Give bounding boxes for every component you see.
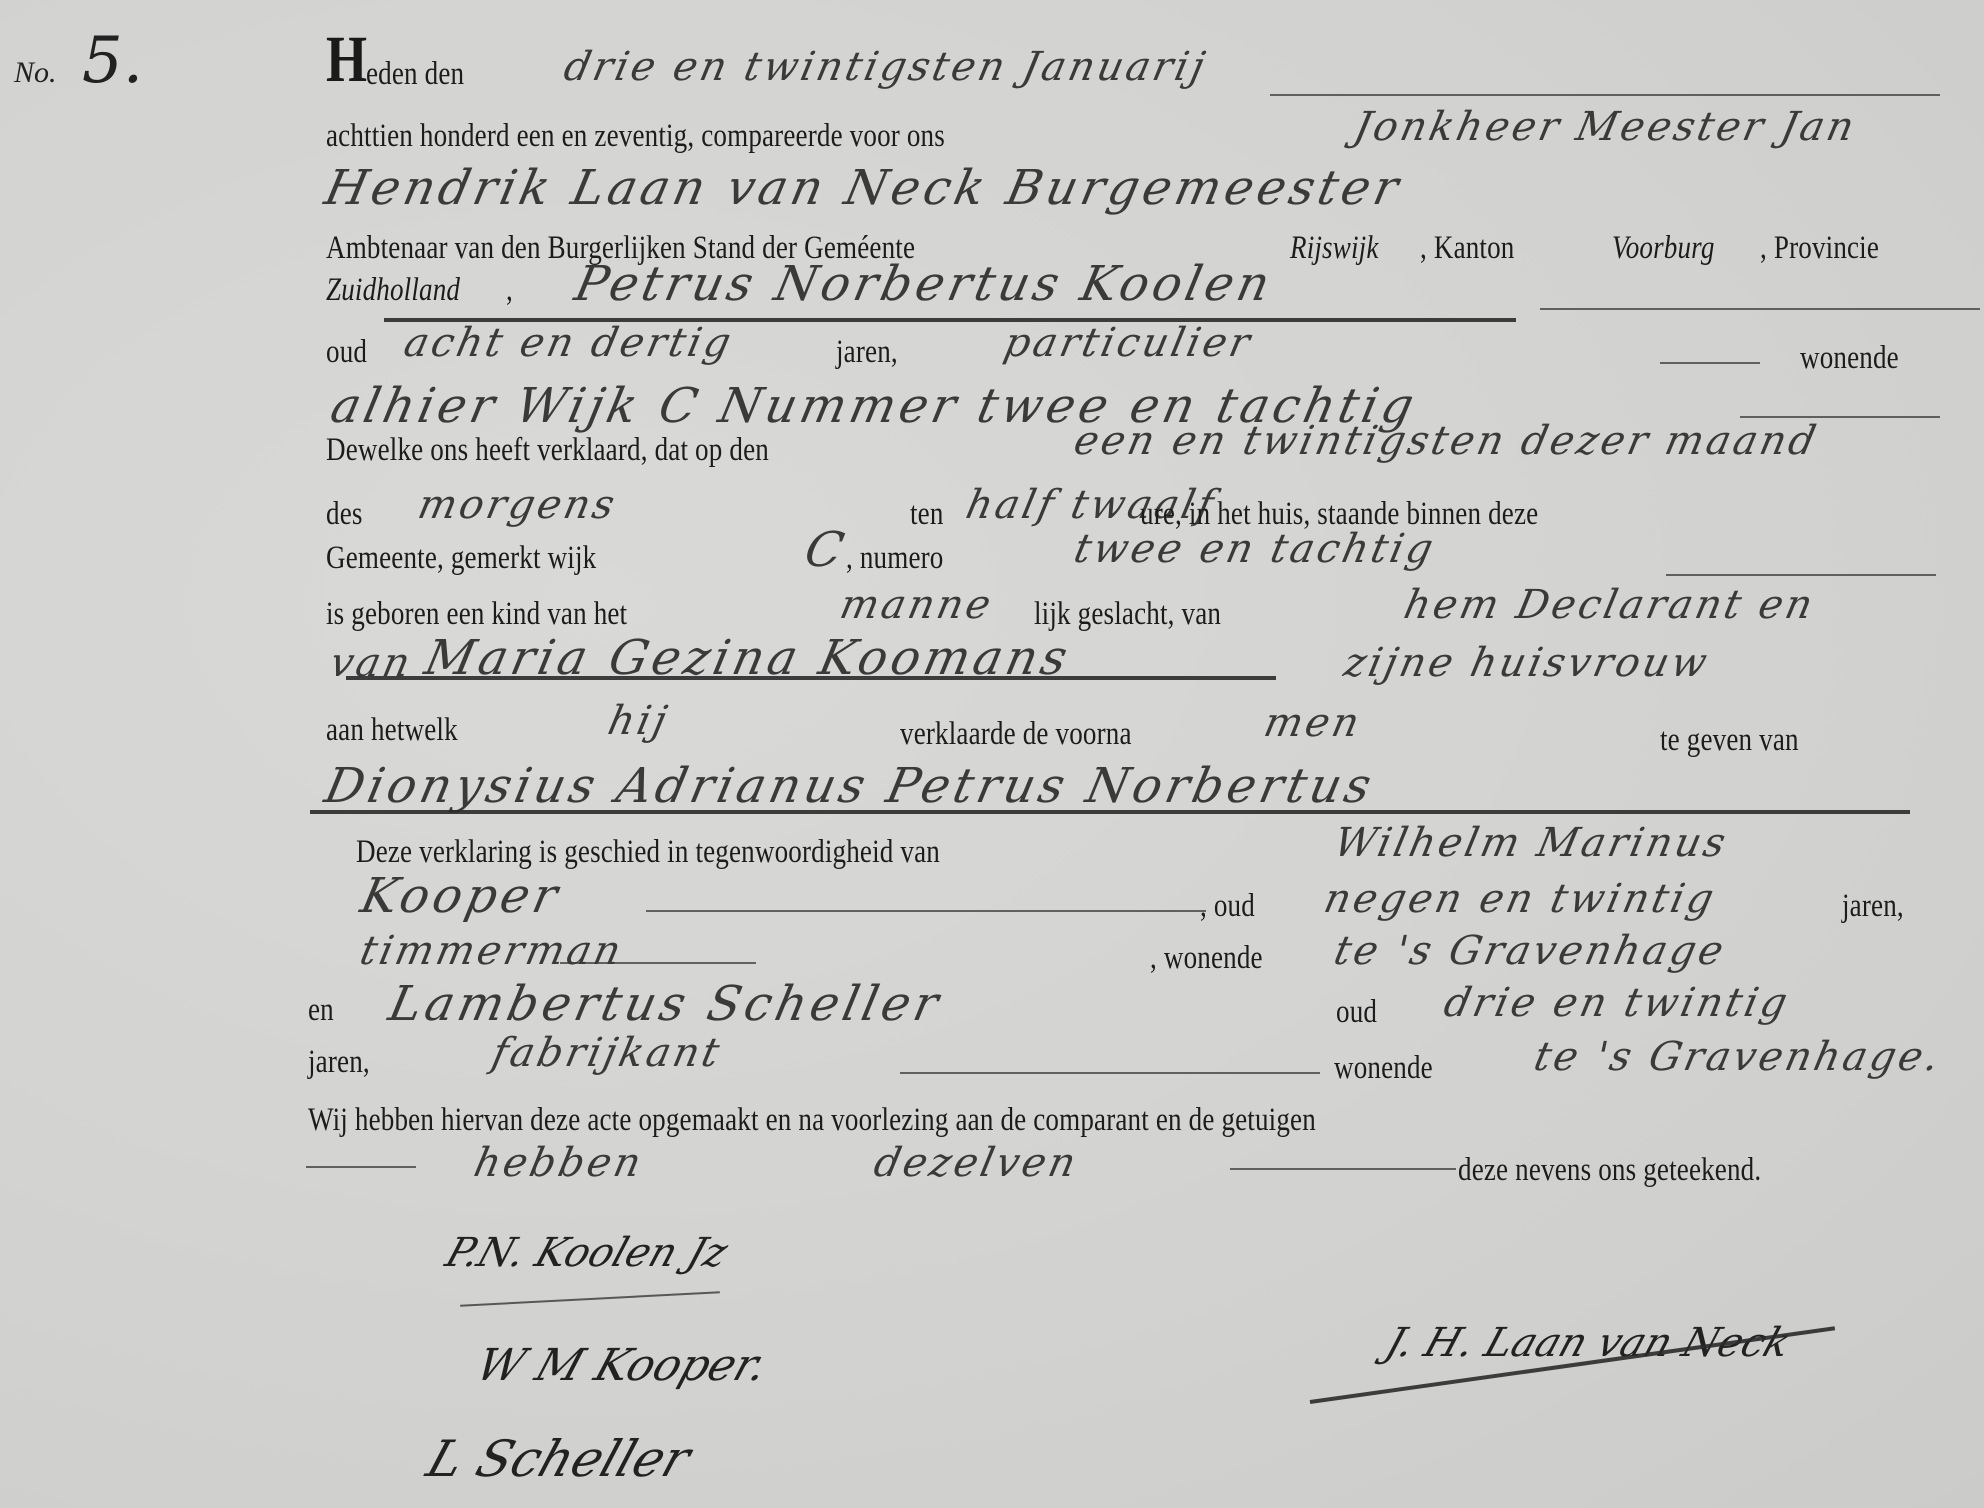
handwritten-official-name: Hendrik Laan van Neck Burgemeester [320,160,1407,216]
signature-witness2: L Scheller [420,1430,697,1488]
handwritten-text: hebben [470,1140,648,1186]
print-text: oud [1336,994,1377,1031]
fill-line [1540,308,1980,310]
handwritten-occupation: particulier [1000,320,1257,366]
handwritten-official-name: Jonkheer Meester Jan [1350,104,1861,150]
handwritten-gender: manne [836,582,998,628]
print-text: Dewelke ons heeft verklaard, dat op den [326,432,769,469]
print-text: , wonende [1150,940,1263,977]
print-text: jaren, [308,1044,370,1081]
fill-line [646,910,1206,912]
handwritten-witness2-age: drie en twintig [1440,980,1794,1026]
handwritten-witness2-residence: te 's Gravenhage. [1530,1034,1946,1080]
handwritten-pronoun: hij [604,698,674,744]
handwritten-witness2-occupation: fabrijkant [488,1030,726,1076]
drop-cap: H [326,22,367,98]
fill-line [1230,1168,1456,1170]
print-text: verklaarde de voorna [900,716,1132,753]
print-text: , oud [1200,888,1255,925]
fill-line [900,1072,1320,1074]
handwritten-birth-date: een en twintigsten dezer maand [1070,418,1823,464]
print-text: Deze verklaring is geschied in tegenwoor… [356,834,940,871]
print-text: wonende [1800,340,1899,377]
handwritten-witness1-residence: te 's Gravenhage [1330,928,1730,974]
handwritten-date: drie en twintigsten Januarij [560,44,1211,90]
print-text: , Provincie [1760,230,1879,267]
print-text: aan hetwelk [326,712,458,749]
handwritten-witness1-name: Wilhelm Marinus [1330,820,1732,866]
fill-line [1270,94,1940,96]
print-text: te geven van [1660,722,1799,759]
fill-line [1660,362,1760,364]
print-text: en [308,992,334,1029]
print-text: ten [910,496,944,533]
underline [346,676,1276,680]
underline [310,810,1910,814]
print-text: , Kanton [1420,230,1515,267]
signature-declarant: P.N. Koolen Jz [440,1230,733,1276]
fill-line [306,1166,416,1168]
canton: Voorburg [1612,230,1715,267]
handwritten-text: men [1260,700,1366,746]
fill-line [1666,574,1936,576]
print-text: , numero [846,540,944,577]
handwritten-witness1-surname: Kooper [356,868,566,924]
handwritten-witness1-age: negen en twintig [1320,876,1720,922]
province: Zuidholland [326,272,460,309]
print-text: Gemeente, gemerkt wijk [326,540,596,577]
handwritten-father: hem Declarant en [1400,582,1820,628]
handwritten-text: dezelven [870,1140,1083,1186]
print-text: lijk geslacht, van [1034,596,1221,633]
handwritten-age: acht en dertig [400,320,738,366]
print-text: jaren, [836,334,898,371]
handwritten-time-of-day: morgens [414,482,621,528]
print-text: jaren, [1842,888,1904,925]
handwritten-wijk: C [800,522,853,578]
record-number-label: No. [14,56,57,90]
print-text: oud [326,334,367,371]
handwritten-declarant-name: Petrus Norbertus Koolen [570,256,1279,312]
municipality: Rijswijk [1290,230,1379,267]
handwritten-child-names: Dionysius Adrianus Petrus Norbertus [320,758,1380,814]
handwritten-house-number: twee en tachtig [1070,526,1440,572]
civil-record-page: No. 5. H eden den drie en twintigsten Ja… [0,0,1984,1508]
signature-witness1: W M Kooper. [470,1340,774,1391]
print-text: eden den [366,56,464,93]
print-text: des [326,496,363,533]
record-number-value: 5. [82,24,143,98]
handwritten-witness1-occupation: timmerman [356,928,628,974]
print-text: wonende [1334,1050,1433,1087]
signature-flourish [460,1291,720,1307]
print-text: Wij hebben hiervan deze acte opgemaakt e… [308,1102,1316,1139]
fill-line [560,962,756,964]
print-text: deze nevens ons geteekend. [1458,1152,1761,1189]
print-text: is geboren een kind van het [326,596,627,633]
handwritten-relation: zijne huisvrouw [1340,640,1714,686]
print-text: achttien honderd een en zeventig, compar… [326,118,945,155]
handwritten-witness2-name: Lambertus Scheller [384,976,947,1032]
print-text: , [506,272,513,309]
